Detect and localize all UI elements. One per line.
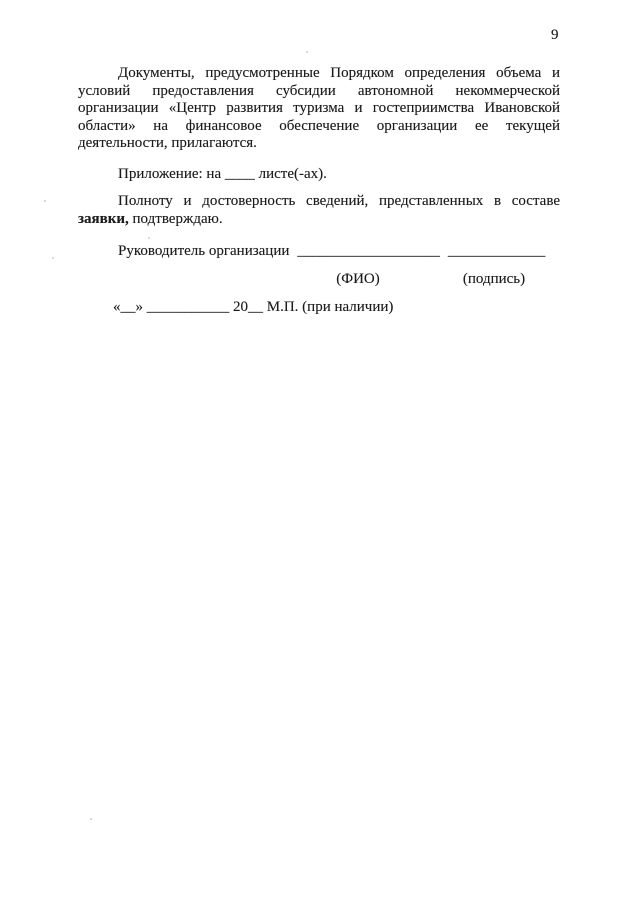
paragraph-line: условий предоставления субсидии автономн… [78,83,560,101]
paragraph-line: организации «Центр развития туризма и го… [78,100,560,118]
main-paragraph: Документы, предусмотренные Порядком опре… [78,65,560,153]
scan-speck [52,257,54,259]
page-content: Документы, предусмотренные Порядком опре… [78,65,560,317]
fio-caption: (ФИО) [336,271,380,289]
paragraph-line-rest: подтверждаю. [129,211,223,227]
signature-captions: (ФИО) (подпись) [78,271,560,289]
page-number: 9 [551,27,559,45]
attachment-line: Приложение: на ____ листе(-ах). [78,166,560,184]
document-page: 9 Документы, предусмотренные Порядком оп… [0,0,640,905]
scan-speck [44,200,46,202]
sign-caption: (подпись) [463,271,525,289]
paragraph-line: Документы, предусмотренные Порядком опре… [78,65,560,83]
confirmation-paragraph: Полноту и достоверность сведений, предст… [78,193,560,228]
signature-line: Руководитель организации________________… [78,243,560,261]
signature-label: Руководитель организации [118,243,289,259]
paragraph-line: области» на финансовое обеспечение орган… [78,118,560,136]
paragraph-line: Полноту и достоверность сведений, предст… [78,193,560,211]
paragraph-line: деятельности, прилагаются. [78,135,560,153]
scan-speck [148,237,150,239]
signature-blank: _____________ [448,243,546,259]
fio-blank: ___________________ [297,243,440,259]
scan-speck [306,51,308,53]
emphasized-word: заявки, [78,211,129,227]
paragraph-line: заявки, подтверждаю. [78,211,560,229]
date-stamp-line: «__» ___________ 20__ М.П. (при наличии) [78,299,560,317]
scan-speck [90,818,92,820]
